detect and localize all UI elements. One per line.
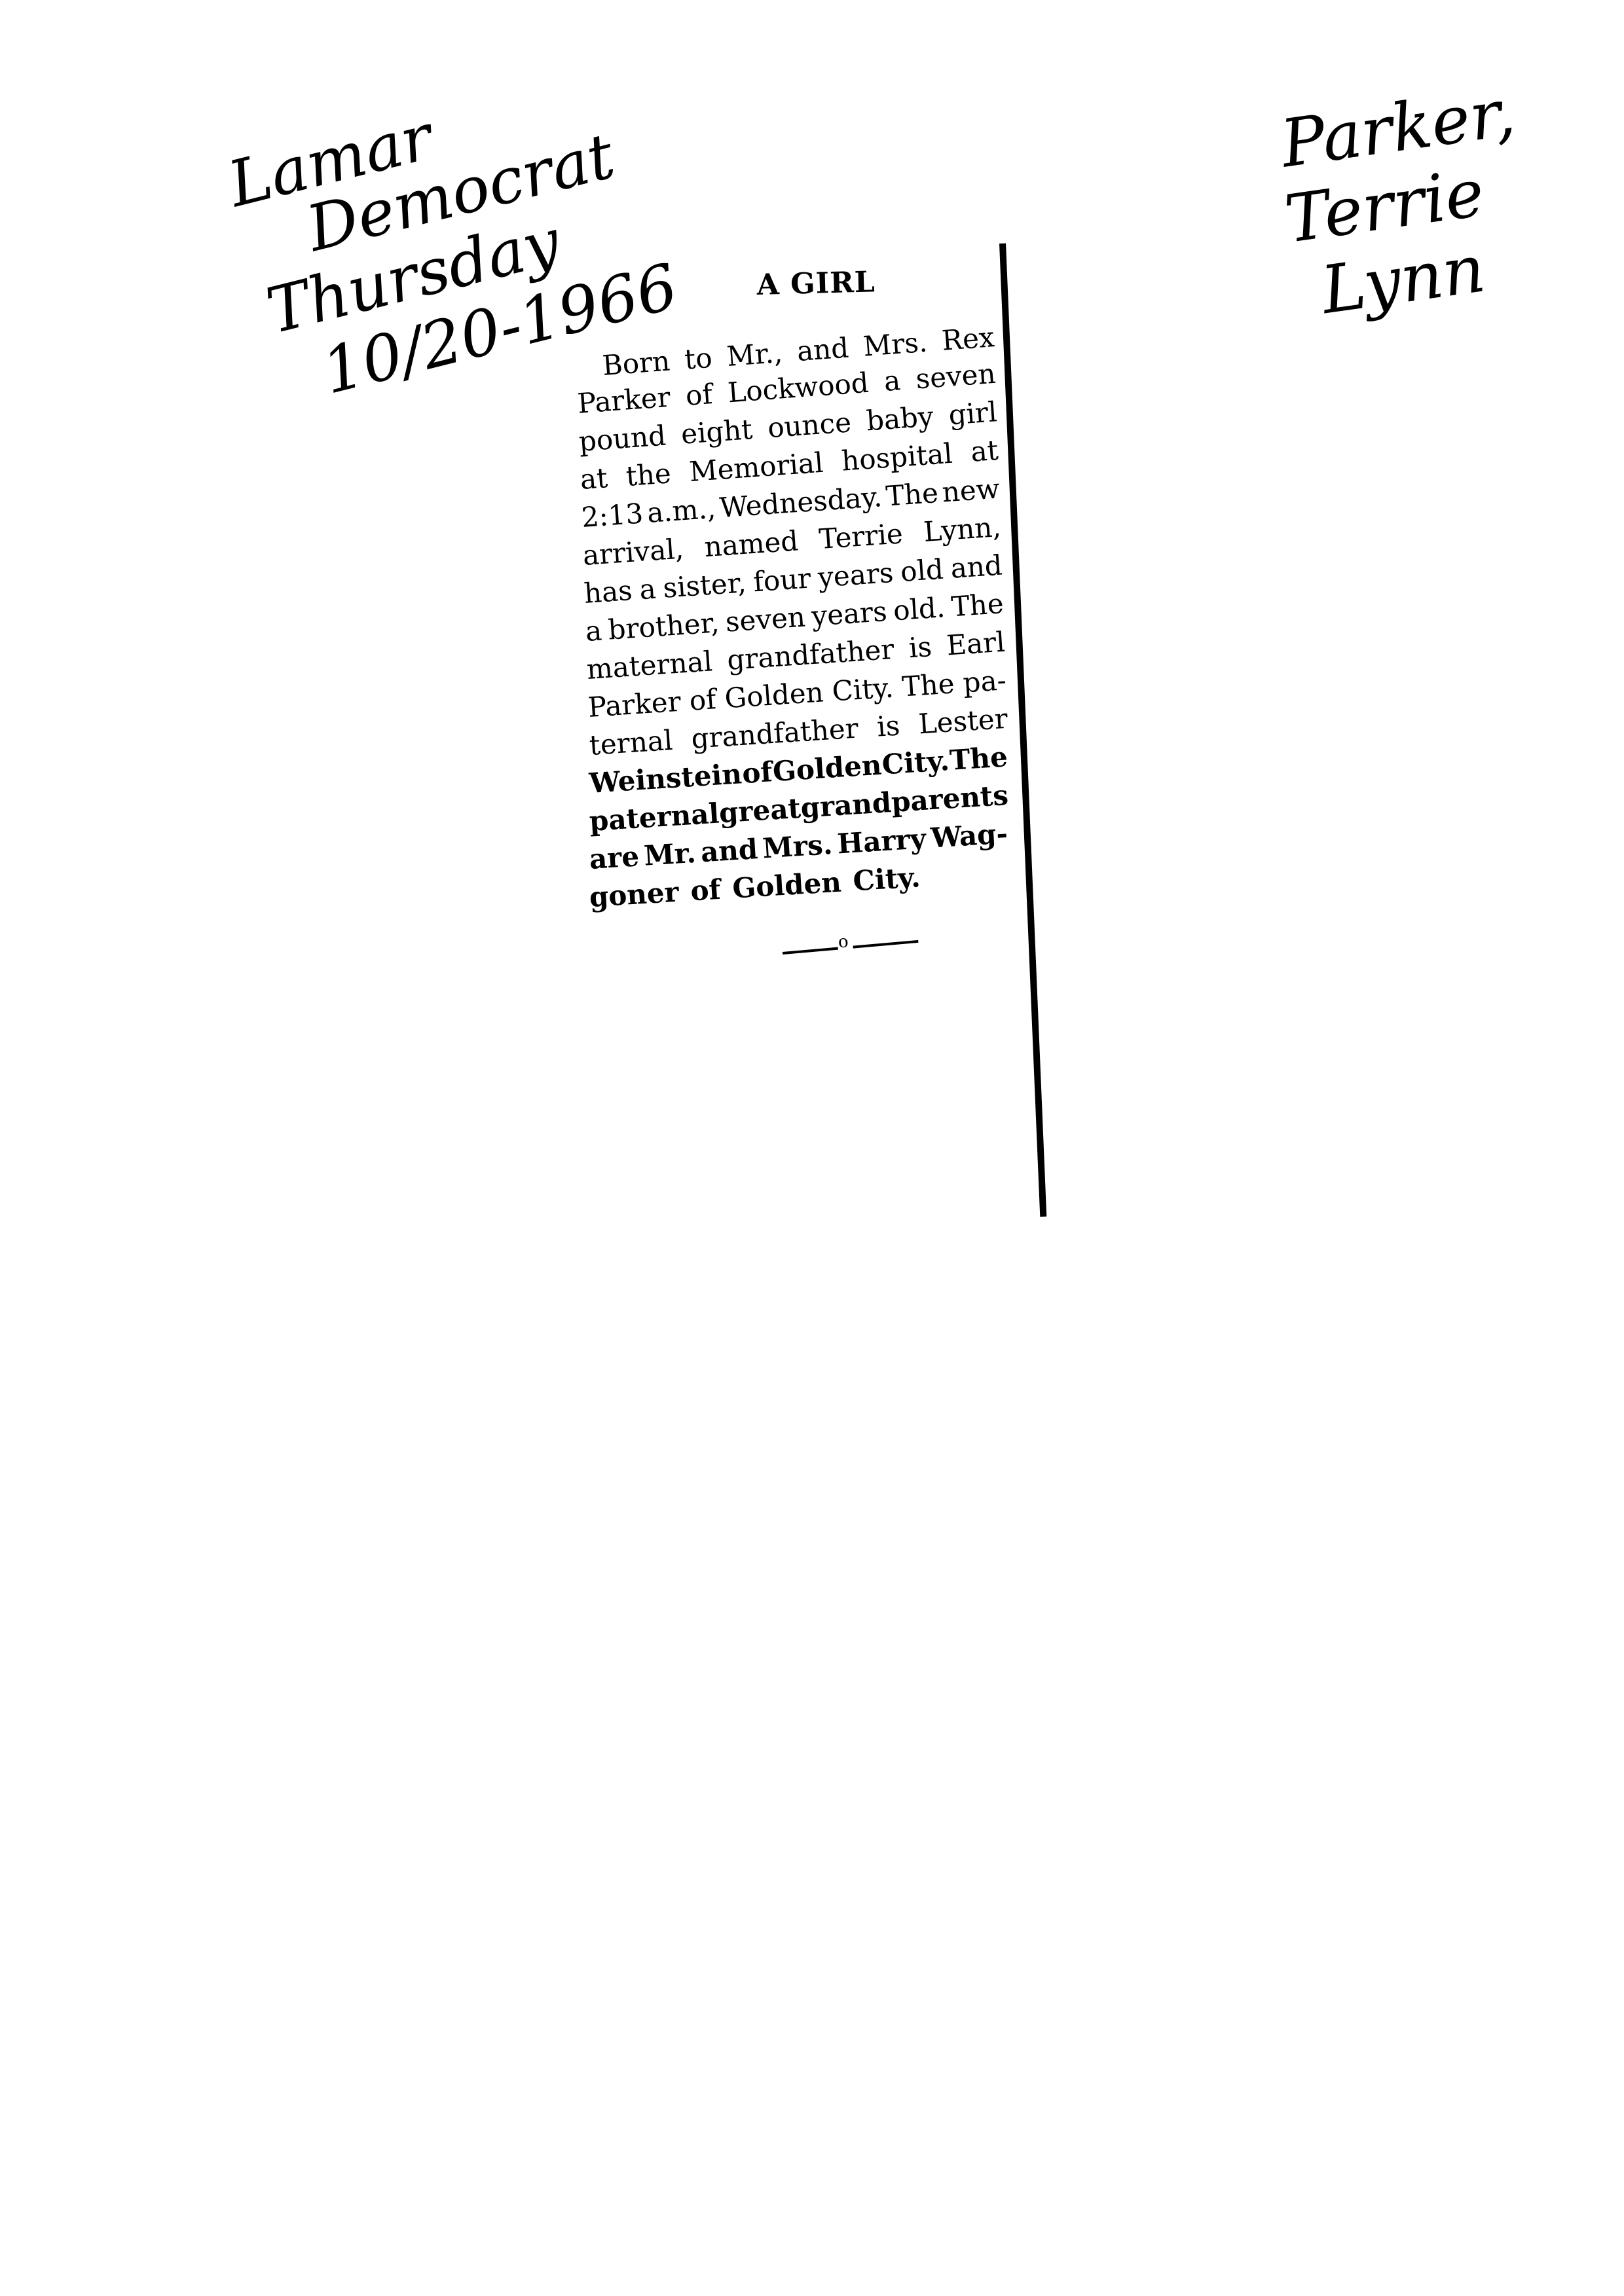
scanned-page: Lamar Democrat Thursday 10/20-1966 Parke… — [0, 0, 1624, 2296]
divider-bar — [783, 947, 838, 955]
newspaper-clipping: A GIRL BorntoMr.,andMrs.RexParkerofLockw… — [576, 249, 1035, 982]
handwritten-name-note: Parker, Terrie Lynn — [1270, 78, 1540, 329]
divider-mark: o — [838, 933, 849, 951]
clipping-headline: A GIRL — [756, 265, 876, 302]
divider-bar — [853, 940, 919, 949]
